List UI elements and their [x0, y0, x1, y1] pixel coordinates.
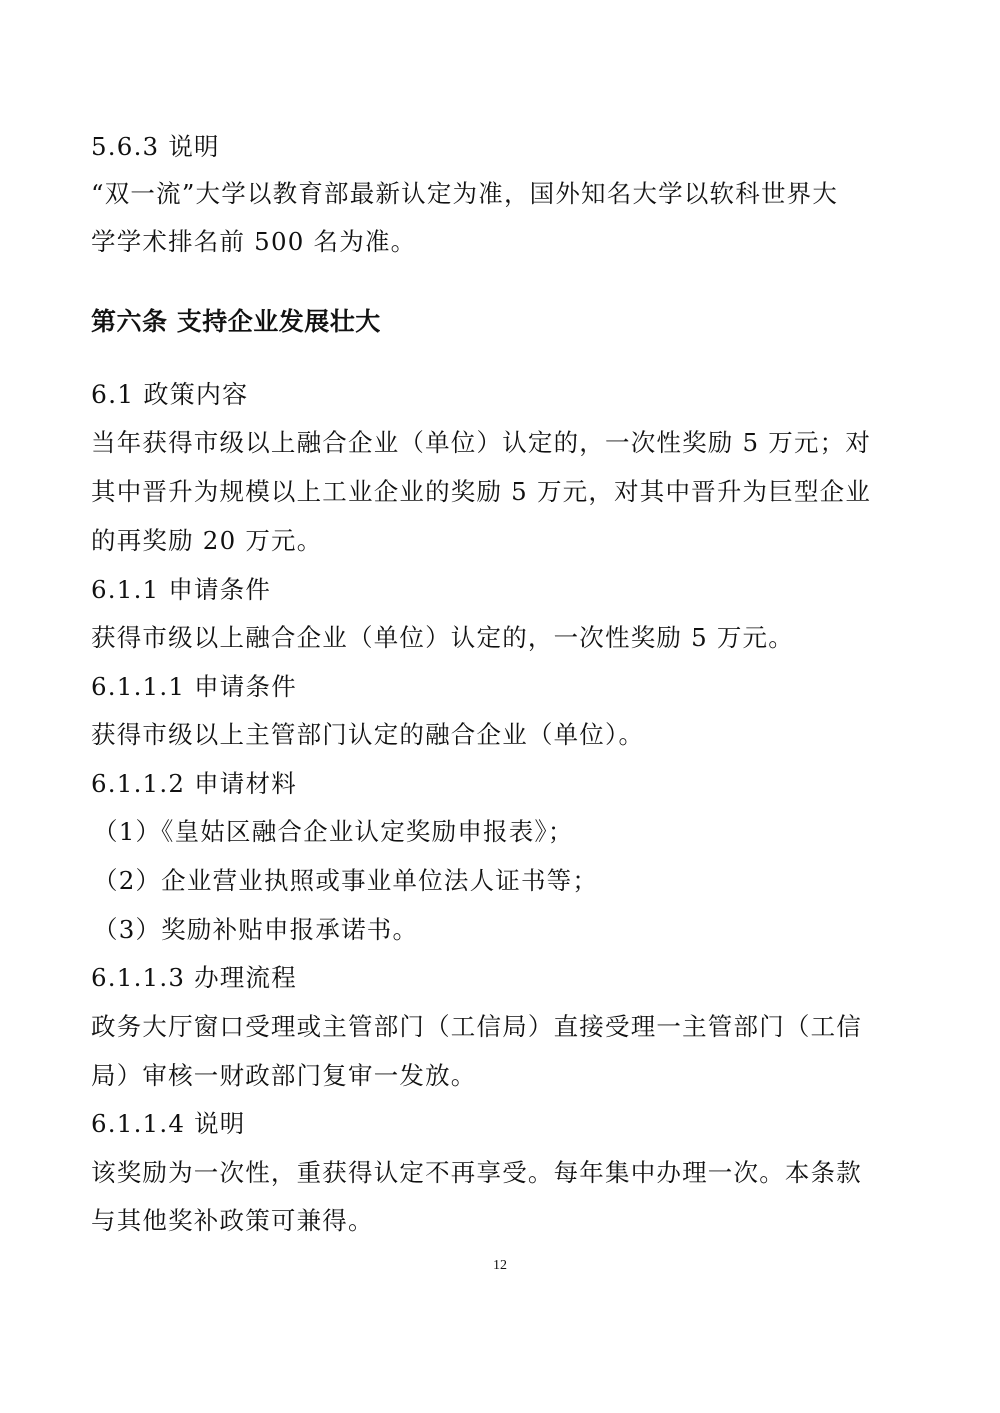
list-item: （1）《皇姑区融合企业认定奖励申报表》；: [93, 817, 574, 847]
body-line: 获得市级以上融合企业（单位）认定的，一次性奖励 5 万元。: [91, 623, 794, 653]
list-item: （3）奖励补贴申报承诺书。: [93, 915, 418, 945]
subheading-6-1-1-3: 6.1.1.3 办理流程: [91, 963, 297, 993]
list-item: （2）企业营业执照或事业单位法人证书等；: [93, 866, 598, 896]
body-line: 获得市级以上主管部门认定的融合企业（单位）。: [91, 720, 644, 750]
subheading-6-1-1-2: 6.1.1.2 申请材料: [91, 769, 297, 799]
body-line: 的再奖励 20 万元。: [91, 526, 322, 556]
body-line: 该奖励为一次性，重获得认定不再享受。每年集中办理一次。本条款: [91, 1158, 862, 1188]
subheading-5-6-3: 5.6.3 说明: [91, 132, 220, 162]
subheading-6-1-1: 6.1.1 申请条件: [91, 575, 271, 605]
body-line: 其中晋升为规模以上工业企业的奖励 5 万元，对其中晋升为巨型企业: [91, 477, 871, 507]
body-line: 当年获得市级以上融合企业（单位）认定的，一次性奖励 5 万元；对: [91, 428, 871, 458]
page-number: 12: [0, 1258, 1000, 1274]
body-line: 局）审核一财政部门复审一发放。: [91, 1061, 477, 1091]
subheading-6-1-1-1: 6.1.1.1 申请条件: [91, 672, 297, 702]
body-line: “双一流”大学以教育部最新认定为准，国外知名大学以软科世界大: [91, 179, 838, 209]
body-line: 与其他奖补政策可兼得。: [91, 1206, 374, 1236]
subheading-6-1-1-4: 6.1.1.4 说明: [91, 1109, 246, 1139]
article-heading: 第六条 支持企业发展壮大: [91, 307, 381, 337]
section-heading-6-1: 6.1 政策内容: [91, 380, 248, 410]
body-line: 学学术排名前 500 名为准。: [91, 227, 416, 257]
body-line: 政务大厅窗口受理或主管部门（工信局）直接受理一主管部门（工信: [91, 1012, 862, 1042]
